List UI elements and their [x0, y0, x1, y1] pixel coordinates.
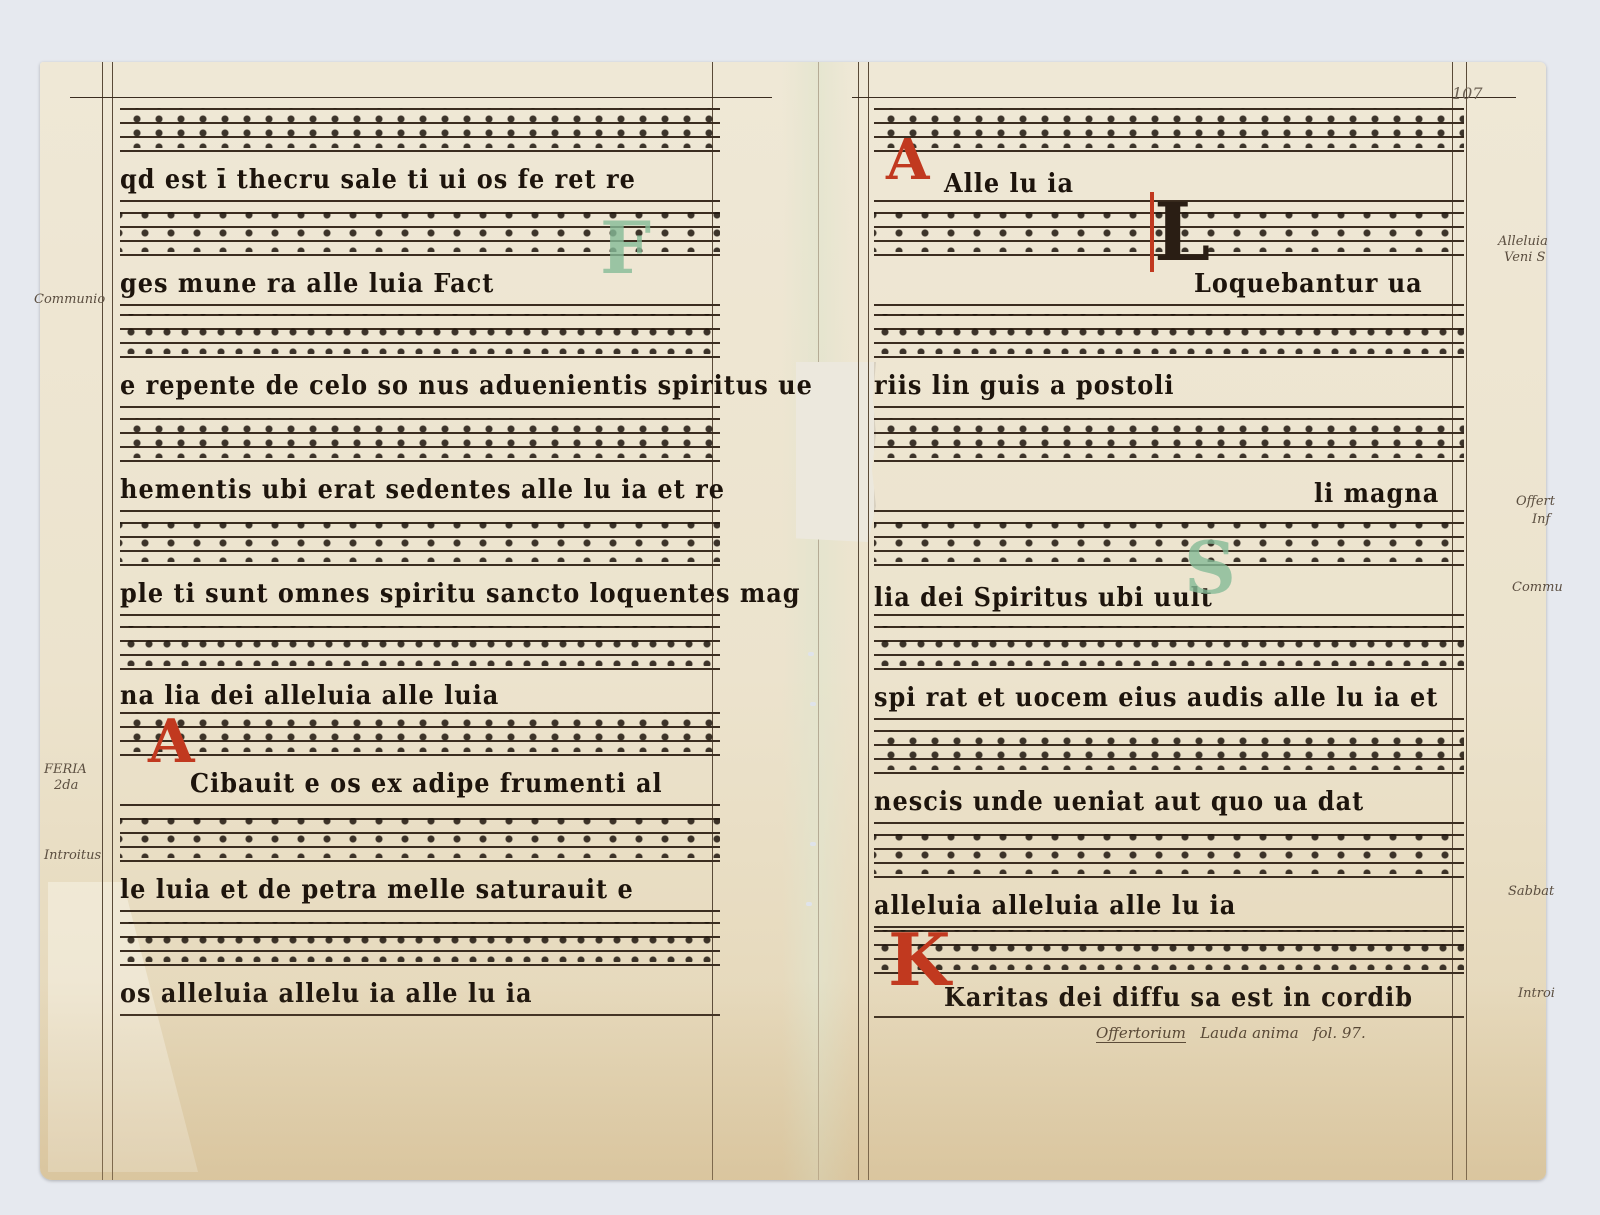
initial-a-red: A: [886, 132, 929, 188]
margin-note-2da: 2da: [54, 778, 78, 793]
left-page: qd est ī thecru sale ti ui os fe ret re …: [40, 62, 782, 1180]
footer-ref: fol. 97.: [1313, 1024, 1366, 1042]
footer-incipit: Lauda anima: [1200, 1024, 1298, 1042]
lyric-line: na lia dei alleluia alle luia: [120, 679, 499, 711]
margin-rule: [112, 62, 113, 1180]
margin-rule: [868, 62, 869, 1180]
margin-note-communio: Communio: [34, 292, 105, 307]
lyric-line: ple ti sunt omnes spiritu sancto loquent…: [120, 577, 801, 609]
lyric-line: qd est ī thecru sale ti ui os fe ret re: [120, 163, 636, 195]
initial-l: L: [1150, 192, 1210, 272]
margin-note-veni: Veni S: [1504, 250, 1545, 265]
footer-label: Offertorium: [1096, 1024, 1186, 1043]
lyric-line: Karitas dei diffu sa est in cordib: [944, 981, 1413, 1013]
center-gutter: [782, 62, 852, 1180]
lyric-line: alleluia alleluia alle lu ia: [874, 889, 1236, 921]
lyric-line: spi rat et uocem eius audis alle lu ia e…: [874, 681, 1438, 713]
margin-note-introi: Introi: [1518, 986, 1555, 1001]
lyric-line: hementis ubi erat sedentes alle lu ia et…: [120, 473, 725, 505]
margin-rule: [1466, 62, 1467, 1180]
neumes: [120, 108, 720, 148]
margin-note-alleluia: Alleluia: [1498, 234, 1548, 249]
margin-note-offert: Offert: [1516, 494, 1555, 509]
initial-s-green: S: [1184, 532, 1236, 604]
margin-rule: [102, 62, 103, 1180]
right-page: 107 Alle lu ia A Loquebantur ua L riis l…: [852, 62, 1546, 1180]
top-rule: [70, 97, 772, 98]
margin-note-sabbat: Sabbat: [1508, 884, 1554, 899]
initial-c-red: A: [148, 712, 195, 772]
margin-rule: [858, 62, 859, 1180]
footer-note: Offertorium Lauda anima fol. 97.: [1096, 1024, 1366, 1042]
lyric-line: ges mune ra alle luia Fact: [120, 267, 494, 299]
chant-system: qd est ī thecru sale ti ui os fe ret re: [120, 108, 720, 208]
binding-hole: [810, 702, 816, 706]
initial-k-red: K: [888, 924, 951, 996]
lyric-line: riis lin guis a postoli: [874, 369, 1175, 401]
manuscript-bifolio: qd est ī thecru sale ti ui os fe ret re …: [40, 62, 1546, 1180]
fold-line: [818, 62, 819, 1180]
margin-note-feria: FERIA: [44, 762, 87, 777]
lyric-line: nescis unde ueniat aut quo ua dat: [874, 785, 1364, 817]
lyric-line: Loquebantur ua: [1194, 267, 1423, 299]
margin-note-commu: Commu: [1512, 580, 1563, 595]
binding-hole: [810, 842, 816, 846]
top-rule: [852, 97, 1516, 98]
folio-number: 107: [1452, 84, 1483, 103]
initial-f-green: F: [600, 212, 651, 284]
lyric-line: li magna: [1314, 477, 1439, 509]
lyric-line: os alleluia allelu ia alle lu ia: [120, 977, 533, 1009]
lyric-line: Alle lu ia: [944, 167, 1074, 199]
binding-hole: [808, 652, 814, 656]
margin-note-introitus: Introitus: [44, 848, 101, 863]
margin-note-inf: Inf: [1532, 512, 1550, 527]
lyric-line: lia dei Spiritus ubi uult: [874, 581, 1213, 613]
lyric-line: e repente de celo so nus aduenientis spi…: [120, 369, 813, 401]
lyric-line: le luia et de petra melle saturauit e: [120, 873, 634, 905]
binding-hole: [806, 902, 812, 906]
lyric-line: Cibauit e os ex adipe frumenti al: [190, 767, 663, 799]
